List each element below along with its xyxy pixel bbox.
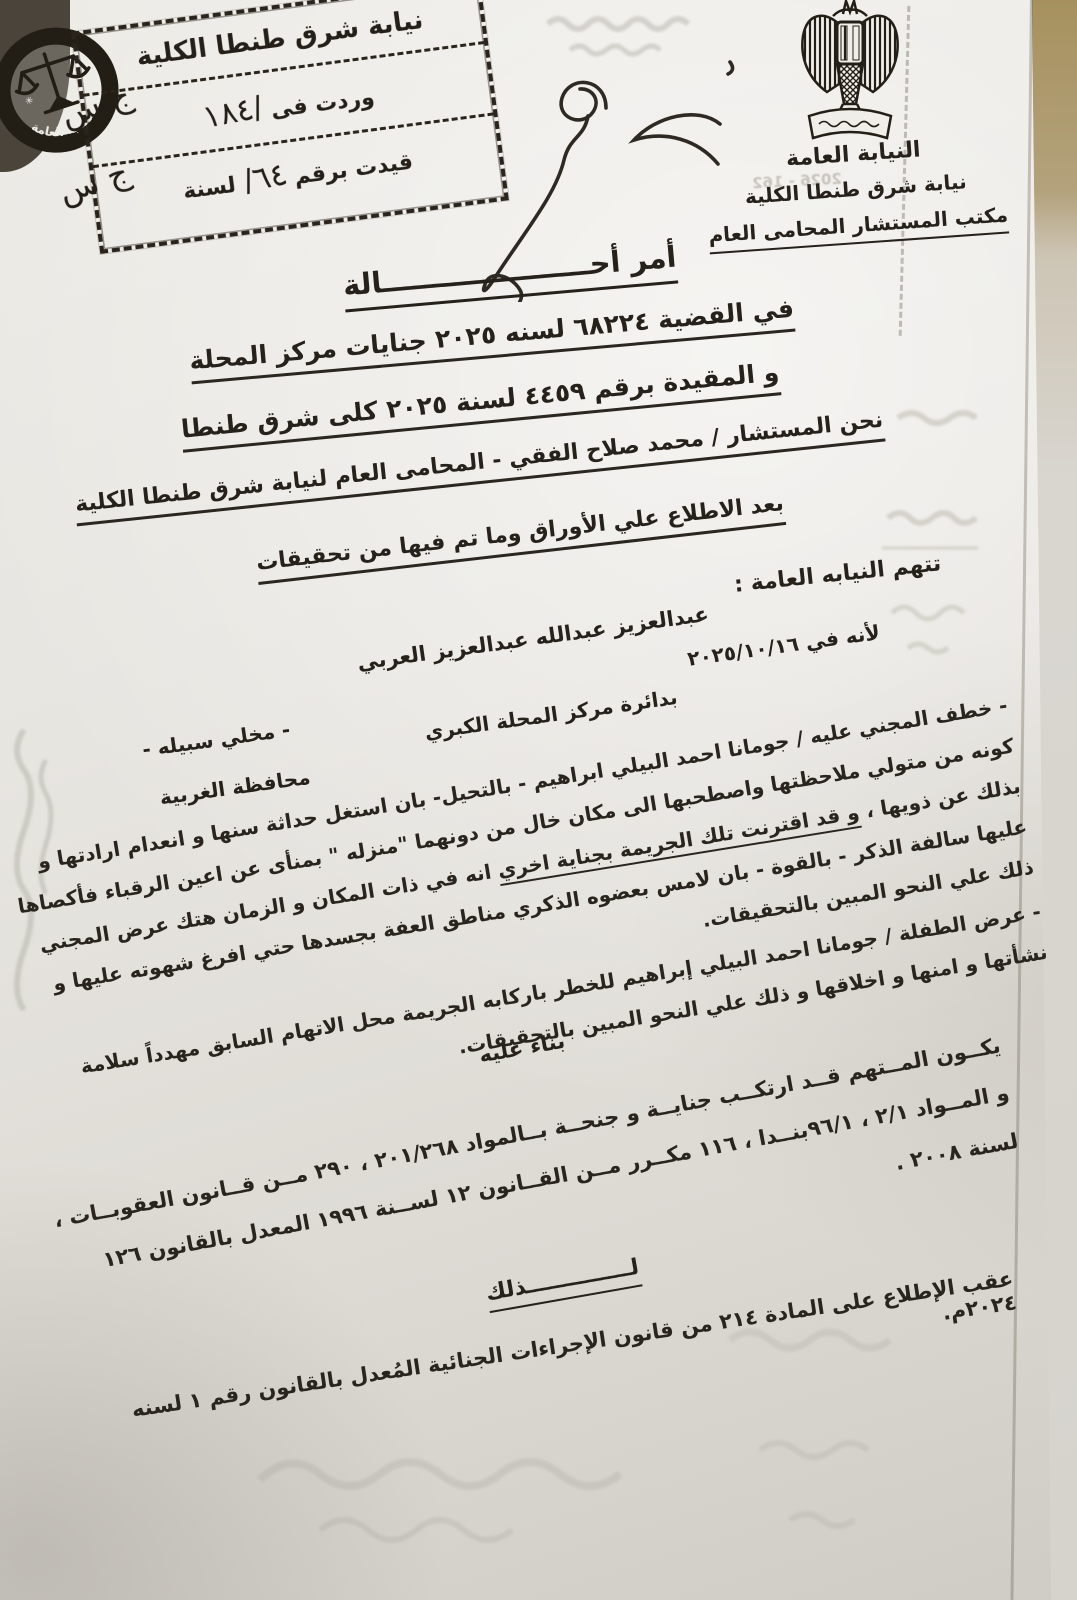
- district-line: بدائرة مركز المحلة الكبري: [406, 682, 697, 746]
- ink-bleed-mark: [240, 1420, 700, 1560]
- eagle-emblem-icon: [793, 0, 907, 146]
- stamp-received-label: وردت فى: [270, 85, 376, 123]
- stamp-received-handwritten: /١٨٤: [193, 73, 273, 152]
- stamp-registered-handwritten: ٦٤/: [234, 143, 296, 213]
- stamp-registered-label: قيدت برقم: [293, 149, 415, 189]
- scanned-referral-order: { "registry_stamp": { "office_line": "ني…: [0, 0, 1077, 1600]
- accused-status: - مخلي سبيله -: [115, 714, 316, 766]
- stamp-year-label: لسنة: [182, 173, 238, 205]
